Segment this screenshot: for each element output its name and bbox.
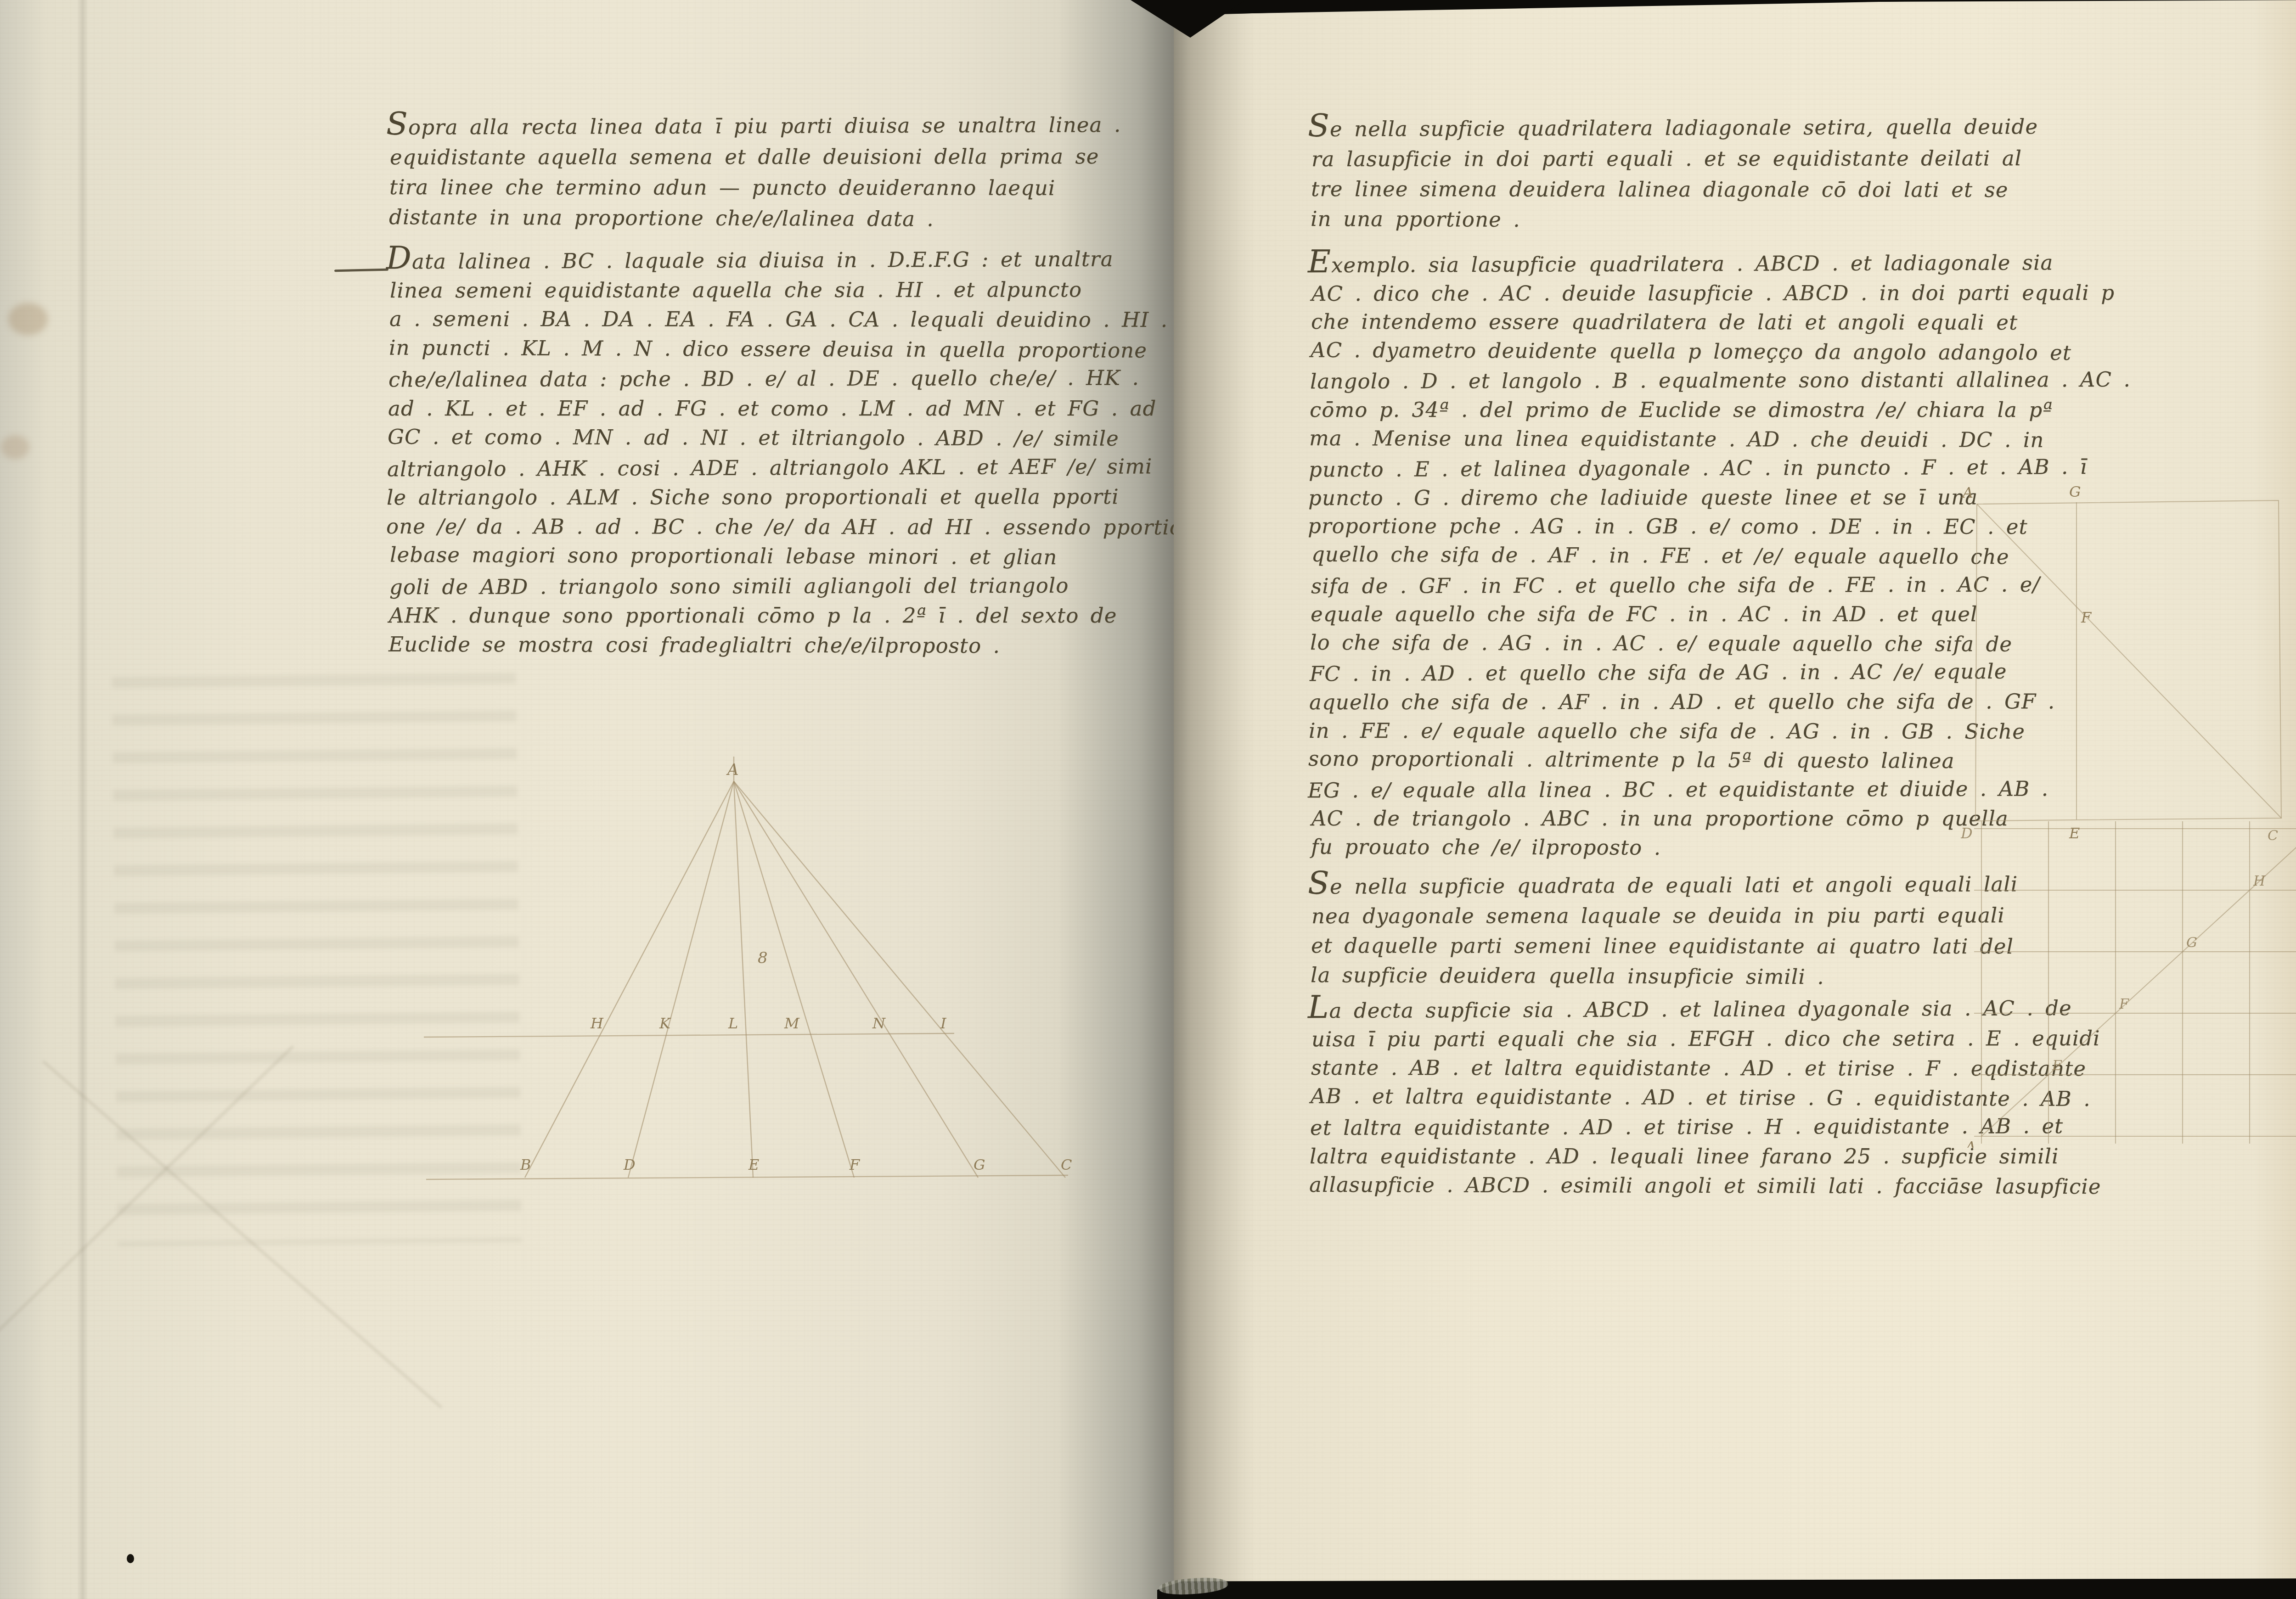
label-base: F — [849, 1156, 861, 1173]
manuscript-text-line: ad . KL . et . EF . ad . FG . et como . … — [388, 396, 1225, 426]
manuscript-text-line: linea semeni equidistante aquella che si… — [390, 277, 1227, 308]
manuscript-text-line: che intendemo essere quadrilatera de lat… — [1311, 309, 2132, 340]
fan-figure-svg: A8HKLMNIBDEFGC — [412, 753, 1083, 1207]
figure-label: E — [2052, 1058, 2062, 1074]
manuscript-text-line: tira linee che termino adun — puncto deu… — [389, 175, 1124, 207]
manuscript-text-line: le altriangolo . ALM . Siche sono propor… — [387, 484, 1224, 515]
square-diagonal — [1977, 504, 2281, 818]
figure-label: F — [2081, 609, 2092, 626]
gutter-shadow — [1174, 0, 1256, 1589]
drop-initial: S — [1308, 108, 1330, 144]
fan-line — [628, 781, 734, 1178]
paragraph-left-proposition: Sopra alla recta linea data ī piu parti … — [388, 114, 1123, 237]
drop-initial: L — [1308, 989, 1329, 1026]
fan-line — [525, 781, 734, 1178]
manuscript-text-line: Sopra alla recta linea data ī piu parti … — [386, 112, 1121, 146]
manuscript-text-line: altriangolo . AHK . cosi . ADE . altrian… — [387, 454, 1224, 486]
label-upper: L — [728, 1015, 738, 1032]
label-base: E — [748, 1156, 759, 1173]
label-upper: H — [590, 1015, 604, 1032]
upper-line — [424, 1033, 954, 1037]
figure-label: C — [2268, 828, 2278, 844]
manuscript-text-line: Exemplo. sia lasupficie quadrilatera . A… — [1308, 250, 2128, 282]
label-base: D — [623, 1156, 636, 1173]
figure-label: A — [1961, 484, 1973, 501]
manuscript-text-line: Se nella supficie quadrata de equali lat… — [1308, 872, 2018, 905]
square-and-grid-figures: AGFEDCAEFGHC — [1961, 477, 2296, 1150]
ink-speck — [127, 1554, 134, 1563]
fan-line — [734, 781, 753, 1178]
fan-line — [734, 781, 978, 1178]
manuscript-text-line: in puncti . KL . M . N . dico essere deu… — [389, 335, 1226, 368]
manuscript-text-line: Euclide se mostra cosi fradeglialtri che… — [388, 632, 1226, 663]
label-upper: I — [940, 1015, 947, 1032]
drop-initial: D — [386, 240, 412, 276]
label-apex: A — [726, 761, 739, 779]
square-figures-svg: AGFEDCAEFGHC — [1961, 477, 2296, 1148]
grid-diagonal — [1981, 829, 2296, 1136]
manuscript-text-line: in una pportione . — [1311, 207, 2041, 240]
figure-label: G — [2069, 483, 2081, 500]
fan-of-lines-figure: A8HKLMNIBDEFGC — [412, 753, 1083, 1209]
label-mid-mark: 8 — [758, 949, 768, 967]
manuscript-text-line: a . semeni . BA . DA . EA . FA . GA . CA… — [389, 307, 1227, 337]
manuscript-text-line: goli de ABD . triangolo sono simili agli… — [389, 572, 1227, 604]
drop-initial: E — [1308, 244, 1331, 280]
label-base: B — [520, 1156, 531, 1173]
manuscript-text-line: tre linee simena deuidera lalinea diagon… — [1311, 177, 2041, 208]
figure-label: F — [2119, 996, 2129, 1012]
manuscript-text-line: AHK . dunque sono pportionali cōmo p la … — [389, 603, 1226, 633]
figure-label: A — [1964, 1138, 1976, 1148]
figure-label: E — [2069, 825, 2080, 842]
paragraph-left-demonstration: Data lalinea . BC . laquale sia diuisa i… — [388, 248, 1225, 662]
manuscript-text-line: lebase magiori sono proportionali lebase… — [390, 543, 1227, 575]
figure-label: H — [2253, 873, 2266, 889]
figure-label: D — [1961, 825, 1973, 842]
drop-initial: S — [1308, 865, 1330, 902]
manuscript-text-line: Data lalinea . BC . laquale sia diuisa i… — [386, 247, 1223, 279]
manuscript-text-line: ma . Menise una linea equidistante . AD … — [1309, 426, 2130, 457]
manuscript-scan: Sopra alla recta linea data ī piu parti … — [0, 0, 2296, 1599]
label-upper: M — [784, 1015, 800, 1032]
drop-initial: S — [386, 106, 408, 142]
fan-line — [734, 781, 854, 1178]
manuscript-text-line: equidistante aquella semena et dalle deu… — [390, 144, 1125, 176]
fan-line — [734, 781, 1065, 1178]
left-page: Sopra alla recta linea data ī piu parti … — [0, 0, 1176, 1599]
crease-line — [77, 0, 88, 1599]
bleedthrough-line — [42, 1060, 442, 1408]
manuscript-text-line: Se nella supficie quadrilatera ladiagona… — [1308, 114, 2038, 148]
manuscript-text-line: AC . dico che . AC . deuide lasupficie .… — [1311, 281, 2132, 311]
manuscript-text-line: distante in una proportione che/e/laline… — [389, 205, 1124, 238]
manuscript-text-line: langolo . D . et langolo . B . equalment… — [1310, 367, 2131, 398]
right-page: 9 Se nella supficie quadrilatera ladiago… — [1174, 0, 2296, 1589]
base-line — [426, 1175, 1068, 1179]
manuscript-text-line: ra lasupficie in doi parti equali . et s… — [1311, 146, 2042, 178]
stain — [1, 435, 29, 459]
margin-dash — [334, 269, 388, 272]
bleedthrough-line — [0, 1045, 294, 1372]
label-upper: N — [872, 1015, 886, 1032]
paragraph-right-proposition-2: Se nella supficie quadrata de equali lat… — [1310, 873, 2020, 994]
manuscript-text-line: one /e/ da . AB . ad . BC . che /e/ da A… — [386, 514, 1223, 544]
manuscript-text-line: allasupficie . ABCD . esimili angoli et … — [1309, 1173, 2101, 1204]
stain — [8, 303, 48, 335]
figure-label: G — [2186, 935, 2197, 951]
manuscript-text-line: nea dyagonale semena laquale se deuida i… — [1311, 903, 2021, 934]
paragraph-right-proposition-1: Se nella supficie quadrilatera ladiagona… — [1310, 116, 2040, 239]
manuscript-text-line: GC . et como . MN . ad . NI . et iltrian… — [388, 425, 1225, 456]
manuscript-text-line: AC . dyametro deuidente quella p lomeçço… — [1311, 338, 2131, 370]
label-base: G — [974, 1156, 985, 1173]
manuscript-text-line: cōmo p. 34ª . del primo de Euclide se di… — [1310, 398, 2130, 427]
label-base: C — [1061, 1156, 1072, 1173]
manuscript-text-line: et daquelle parti semeni linee equidista… — [1311, 933, 2021, 965]
manuscript-text-line: che/e/lalinea data : pche . BD . e/ al .… — [388, 365, 1226, 397]
label-upper: K — [659, 1015, 671, 1032]
manuscript-text-line: la supficie deuidera quella insupficie s… — [1311, 963, 2021, 996]
